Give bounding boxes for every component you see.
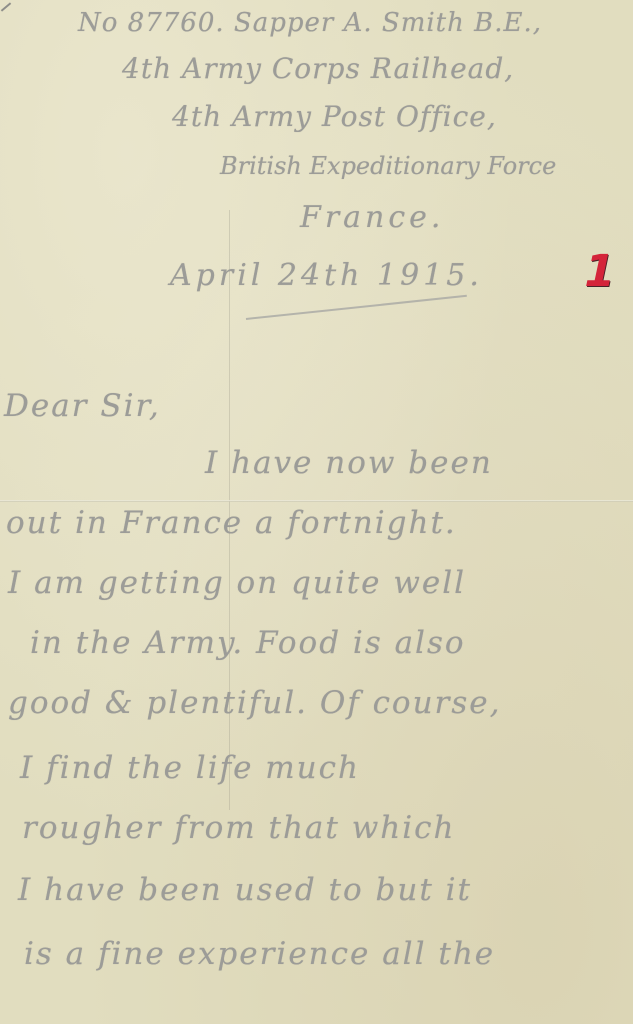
- body-line-6: I find the life much: [20, 750, 360, 786]
- letter-page: No 87760. Sapper A. Smith B.E., 4th Army…: [0, 0, 633, 1024]
- letter-date: April 24th 1915.: [170, 258, 483, 293]
- body-line-9: is a fine experience all the: [24, 936, 495, 972]
- salutation: Dear Sir,: [4, 388, 161, 424]
- date-underline-flourish: [246, 295, 467, 320]
- body-line-1: I have now been: [205, 445, 493, 481]
- body-line-8: I have been used to but it: [18, 872, 472, 908]
- address-line-service-number: No 87760. Sapper A. Smith B.E.,: [78, 8, 542, 38]
- address-line-bef: British Expeditionary Force: [220, 152, 556, 180]
- paper-fold-horizontal: [0, 500, 633, 502]
- body-line-4: in the Army. Food is also: [30, 625, 466, 661]
- body-line-3: I am getting on quite well: [8, 565, 466, 601]
- body-line-5: good & plentiful. Of course,: [8, 685, 501, 721]
- pencil-mark: [1, 2, 11, 11]
- page-number-mark: 1: [579, 250, 619, 294]
- address-line-country: France.: [300, 200, 444, 235]
- body-line-2: out in France a fortnight.: [6, 505, 457, 541]
- address-line-railhead: 4th Army Corps Railhead,: [122, 52, 514, 85]
- body-line-7: rougher from that which: [22, 810, 455, 846]
- address-line-post-office: 4th Army Post Office,: [172, 100, 497, 133]
